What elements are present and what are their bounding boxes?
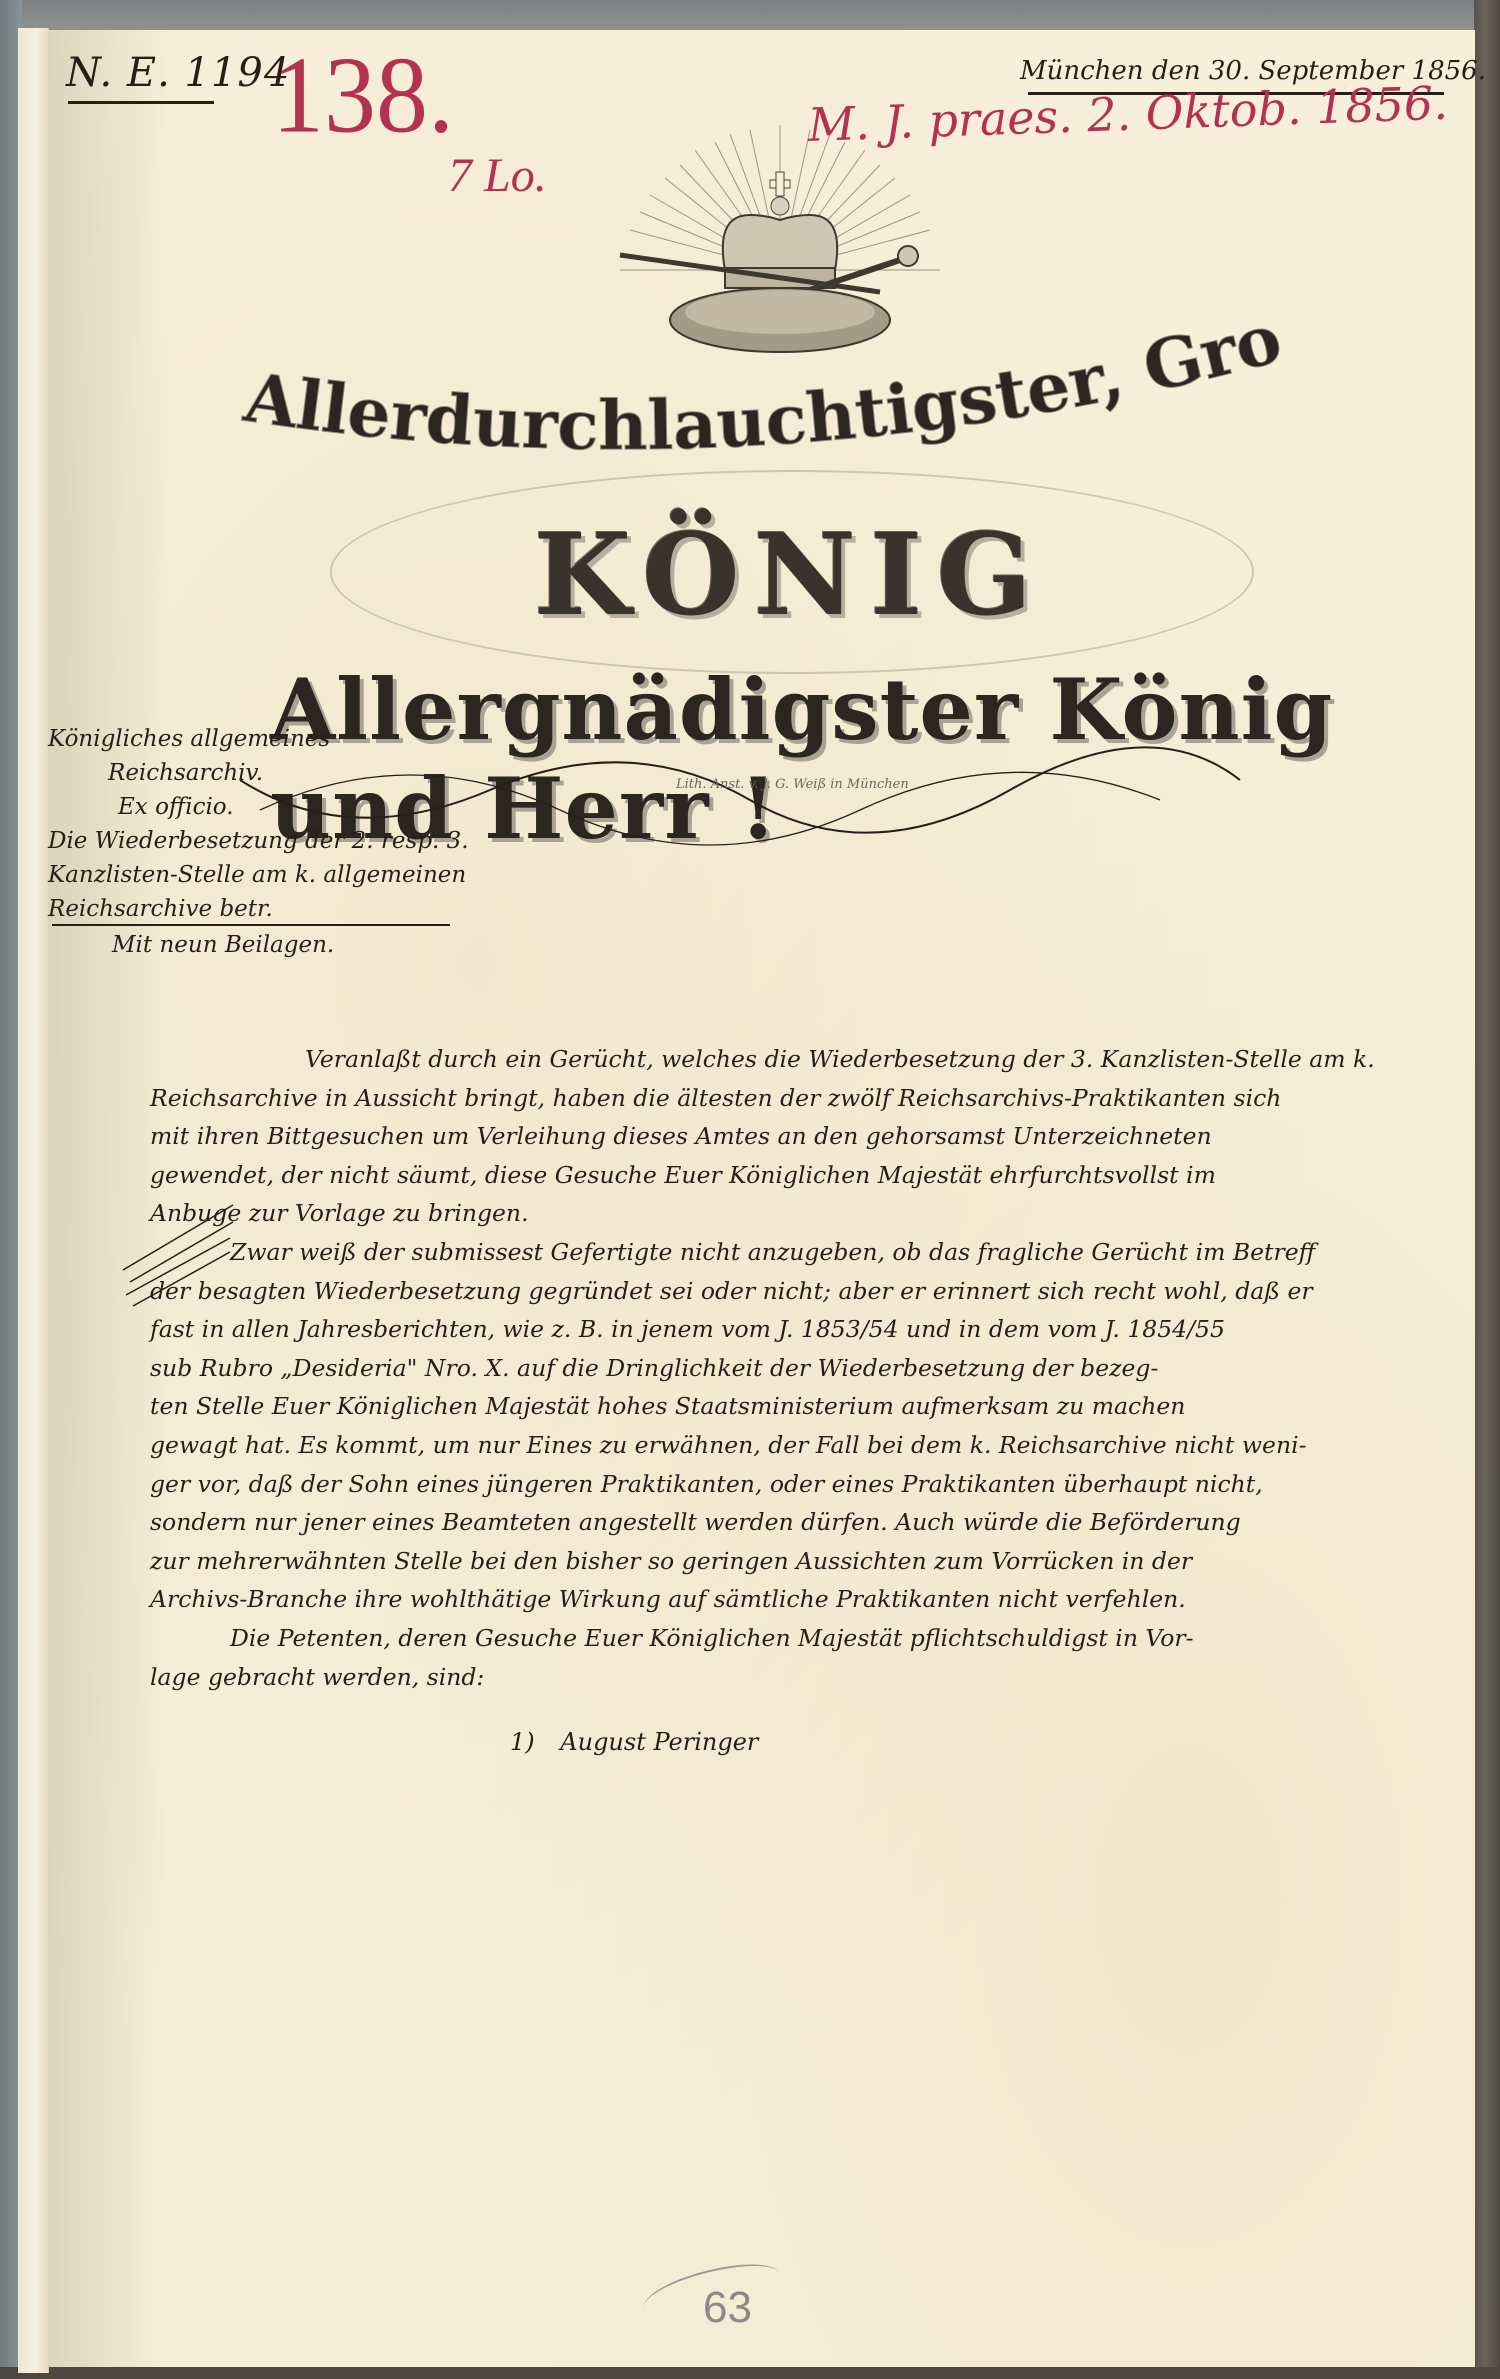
petitioner-list-item: 1) August Peringer bbox=[510, 1728, 758, 1756]
body-line: sub Rubro „Desideria" Nro. X. auf die Dr… bbox=[150, 1349, 1450, 1388]
folio-mark: 7 Lo. bbox=[448, 148, 547, 203]
list-number: 1) bbox=[510, 1728, 535, 1756]
salutation-line-1: Allerdurchlauchtigster, Großmächtigster bbox=[222, 300, 1302, 480]
body-line: Veranlaßt durch ein Gerücht, welches die… bbox=[150, 1040, 1450, 1079]
body-line: der besagten Wiederbesetzung gegründet s… bbox=[150, 1272, 1450, 1311]
margin-note-line: Die Wiederbesetzung der 2. resp. 3. bbox=[48, 824, 458, 858]
margin-note-line: Königliches allgemeines bbox=[48, 722, 458, 756]
body-line: gewagt hat. Es kommt, um nur Eines zu er… bbox=[150, 1426, 1450, 1465]
margin-note-rule bbox=[52, 924, 450, 926]
margin-note-line: Ex officio. bbox=[48, 790, 458, 824]
reference-number: N. E. 1194 bbox=[66, 50, 290, 96]
margin-note-line: Reichsarchiv. bbox=[48, 756, 458, 790]
body-line: Archivs-Branche ihre wohlthätige Wirkung… bbox=[150, 1580, 1450, 1619]
body-line: zur mehrerwähnten Stelle bei den bisher … bbox=[150, 1542, 1450, 1581]
lithographer-credit: Lith. Anst. v. J. G. Weiß in München bbox=[676, 777, 909, 792]
body-line: Zwar weiß der submissest Gefertigte nich… bbox=[150, 1233, 1450, 1272]
body-line: Reichsarchive in Aussicht bringt, haben … bbox=[150, 1079, 1450, 1118]
enclosures-note: Mit neun Beilagen. bbox=[112, 932, 334, 958]
file-number: 138. bbox=[272, 33, 454, 158]
reference-underline bbox=[68, 101, 214, 104]
body-line: sondern nur jener eines Beamteten angest… bbox=[150, 1503, 1450, 1542]
page-number: 63 bbox=[703, 2283, 752, 2333]
svg-text:Allerdurchlauchtigster, Großmä: Allerdurchlauchtigster, Großmächtigster bbox=[222, 300, 1290, 466]
petition-body: Veranlaßt durch ein Gerücht, welches die… bbox=[150, 1040, 1450, 1696]
king-title: KÖNIG bbox=[390, 510, 1190, 641]
page-fold bbox=[18, 28, 49, 2373]
body-line: lage gebracht werden, sind: bbox=[150, 1658, 1450, 1697]
body-line: ten Stelle Euer Königlichen Majestät hoh… bbox=[150, 1387, 1450, 1426]
binding-right-edge bbox=[1474, 0, 1500, 2379]
body-line: Anbuge zur Vorlage zu bringen. bbox=[150, 1194, 1450, 1233]
binding-top-edge bbox=[0, 0, 1500, 30]
body-line: Die Petenten, deren Gesuche Euer Königli… bbox=[150, 1619, 1450, 1658]
body-line: fast in allen Jahresberichten, wie z. B.… bbox=[150, 1310, 1450, 1349]
body-line: ger vor, daß der Sohn eines jüngeren Pra… bbox=[150, 1465, 1450, 1504]
body-line: gewendet, der nicht säumt, diese Gesuche… bbox=[150, 1156, 1450, 1195]
body-line: mit ihren Bittgesuchen um Verleihung die… bbox=[150, 1117, 1450, 1156]
margin-note-line: Reichsarchive betr. bbox=[48, 892, 458, 926]
margin-note: Königliches allgemeines Reichsarchiv. Ex… bbox=[48, 722, 458, 926]
petitioner-name: August Peringer bbox=[560, 1728, 758, 1756]
margin-note-line: Kanzlisten-Stelle am k. allgemeinen bbox=[48, 858, 458, 892]
binding-bottom-edge bbox=[0, 2367, 1500, 2379]
